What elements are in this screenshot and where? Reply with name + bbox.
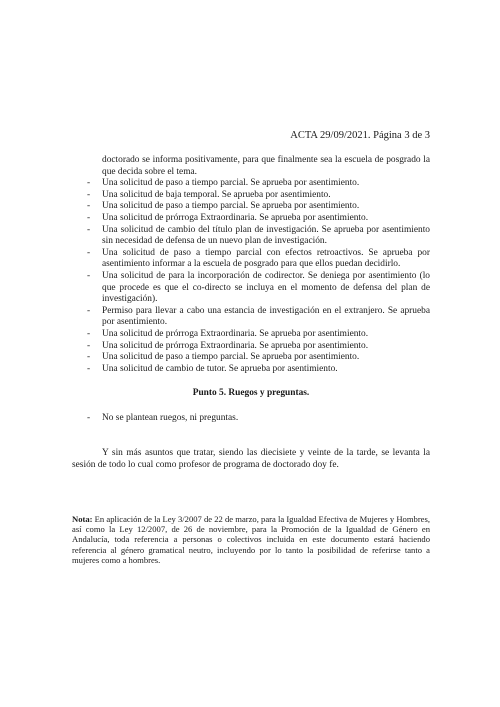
resolution-list: -Una solicitud de paso a tiempo parcial.… — [72, 178, 430, 375]
dash-bullet: - — [87, 341, 90, 353]
list-item: -Una solicitud de prórroga Extraordinari… — [72, 329, 430, 341]
document-page: ACTA 29/09/2021. Página 3 de 3 doctorado… — [0, 0, 500, 707]
list-item: -Una solicitud de paso a tiempo parcial.… — [72, 201, 430, 213]
list-item: -Una solicitud de paso a tiempo parcial … — [72, 248, 430, 271]
list-item: -Permiso para llevar a cabo una estancia… — [72, 306, 430, 329]
dash-bullet: - — [87, 271, 90, 283]
document-body: doctorado se informa positivamente, para… — [72, 155, 430, 472]
closing-paragraph: Y sin más asuntos que tratar, siendo las… — [72, 448, 430, 471]
dash-bullet: - — [87, 248, 90, 260]
dash-bullet: - — [87, 329, 90, 341]
footnote: Nota: En aplicación de la Ley 3/2007 de … — [72, 514, 430, 565]
dash-bullet: - — [87, 413, 90, 425]
dash-bullet: - — [87, 178, 90, 190]
dash-bullet: - — [87, 225, 90, 237]
note-text: En aplicación de la Ley 3/2007 de 22 de … — [72, 514, 430, 565]
list-item: -Una solicitud de cambio de tutor. Se ap… — [72, 364, 430, 376]
dash-bullet: - — [87, 364, 90, 376]
dash-bullet: - — [87, 213, 90, 225]
continuation-paragraph: doctorado se informa positivamente, para… — [72, 155, 430, 178]
page-header: ACTA 29/09/2021. Página 3 de 3 — [290, 130, 430, 141]
dash-bullet: - — [87, 190, 90, 202]
dash-bullet: - — [87, 201, 90, 213]
list-item: -Una solicitud de cambio del título plan… — [72, 225, 430, 248]
list-item: -No se plantean ruegos, ni preguntas. — [72, 413, 430, 425]
dash-bullet: - — [87, 352, 90, 364]
note-label: Nota: — [72, 514, 93, 524]
dash-bullet: - — [87, 306, 90, 318]
list-item: -Una solicitud de paso a tiempo parcial.… — [72, 178, 430, 190]
list-item: -Una solicitud de prórroga Extraordinari… — [72, 341, 430, 353]
list-item: -Una solicitud de para la incorporación … — [72, 271, 430, 306]
list-item: -Una solicitud de prórroga Extraordinari… — [72, 213, 430, 225]
section5-list: -No se plantean ruegos, ni preguntas. — [72, 413, 430, 425]
list-item: -Una solicitud de baja temporal. Se apru… — [72, 190, 430, 202]
section-title: Punto 5. Ruegos y preguntas. — [72, 388, 430, 400]
list-item: -Una solicitud de paso a tiempo parcial.… — [72, 352, 430, 364]
